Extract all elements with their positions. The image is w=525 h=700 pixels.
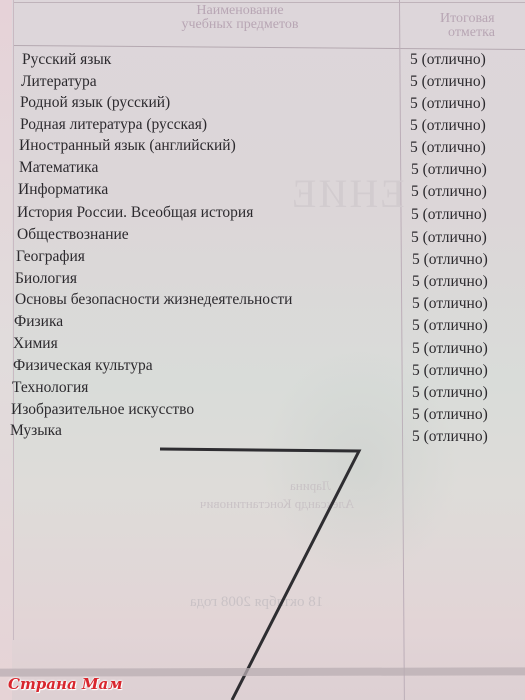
z-cancel-mark-icon — [0, 0, 525, 700]
site-watermark-logo: Страна Мам — [8, 675, 122, 693]
